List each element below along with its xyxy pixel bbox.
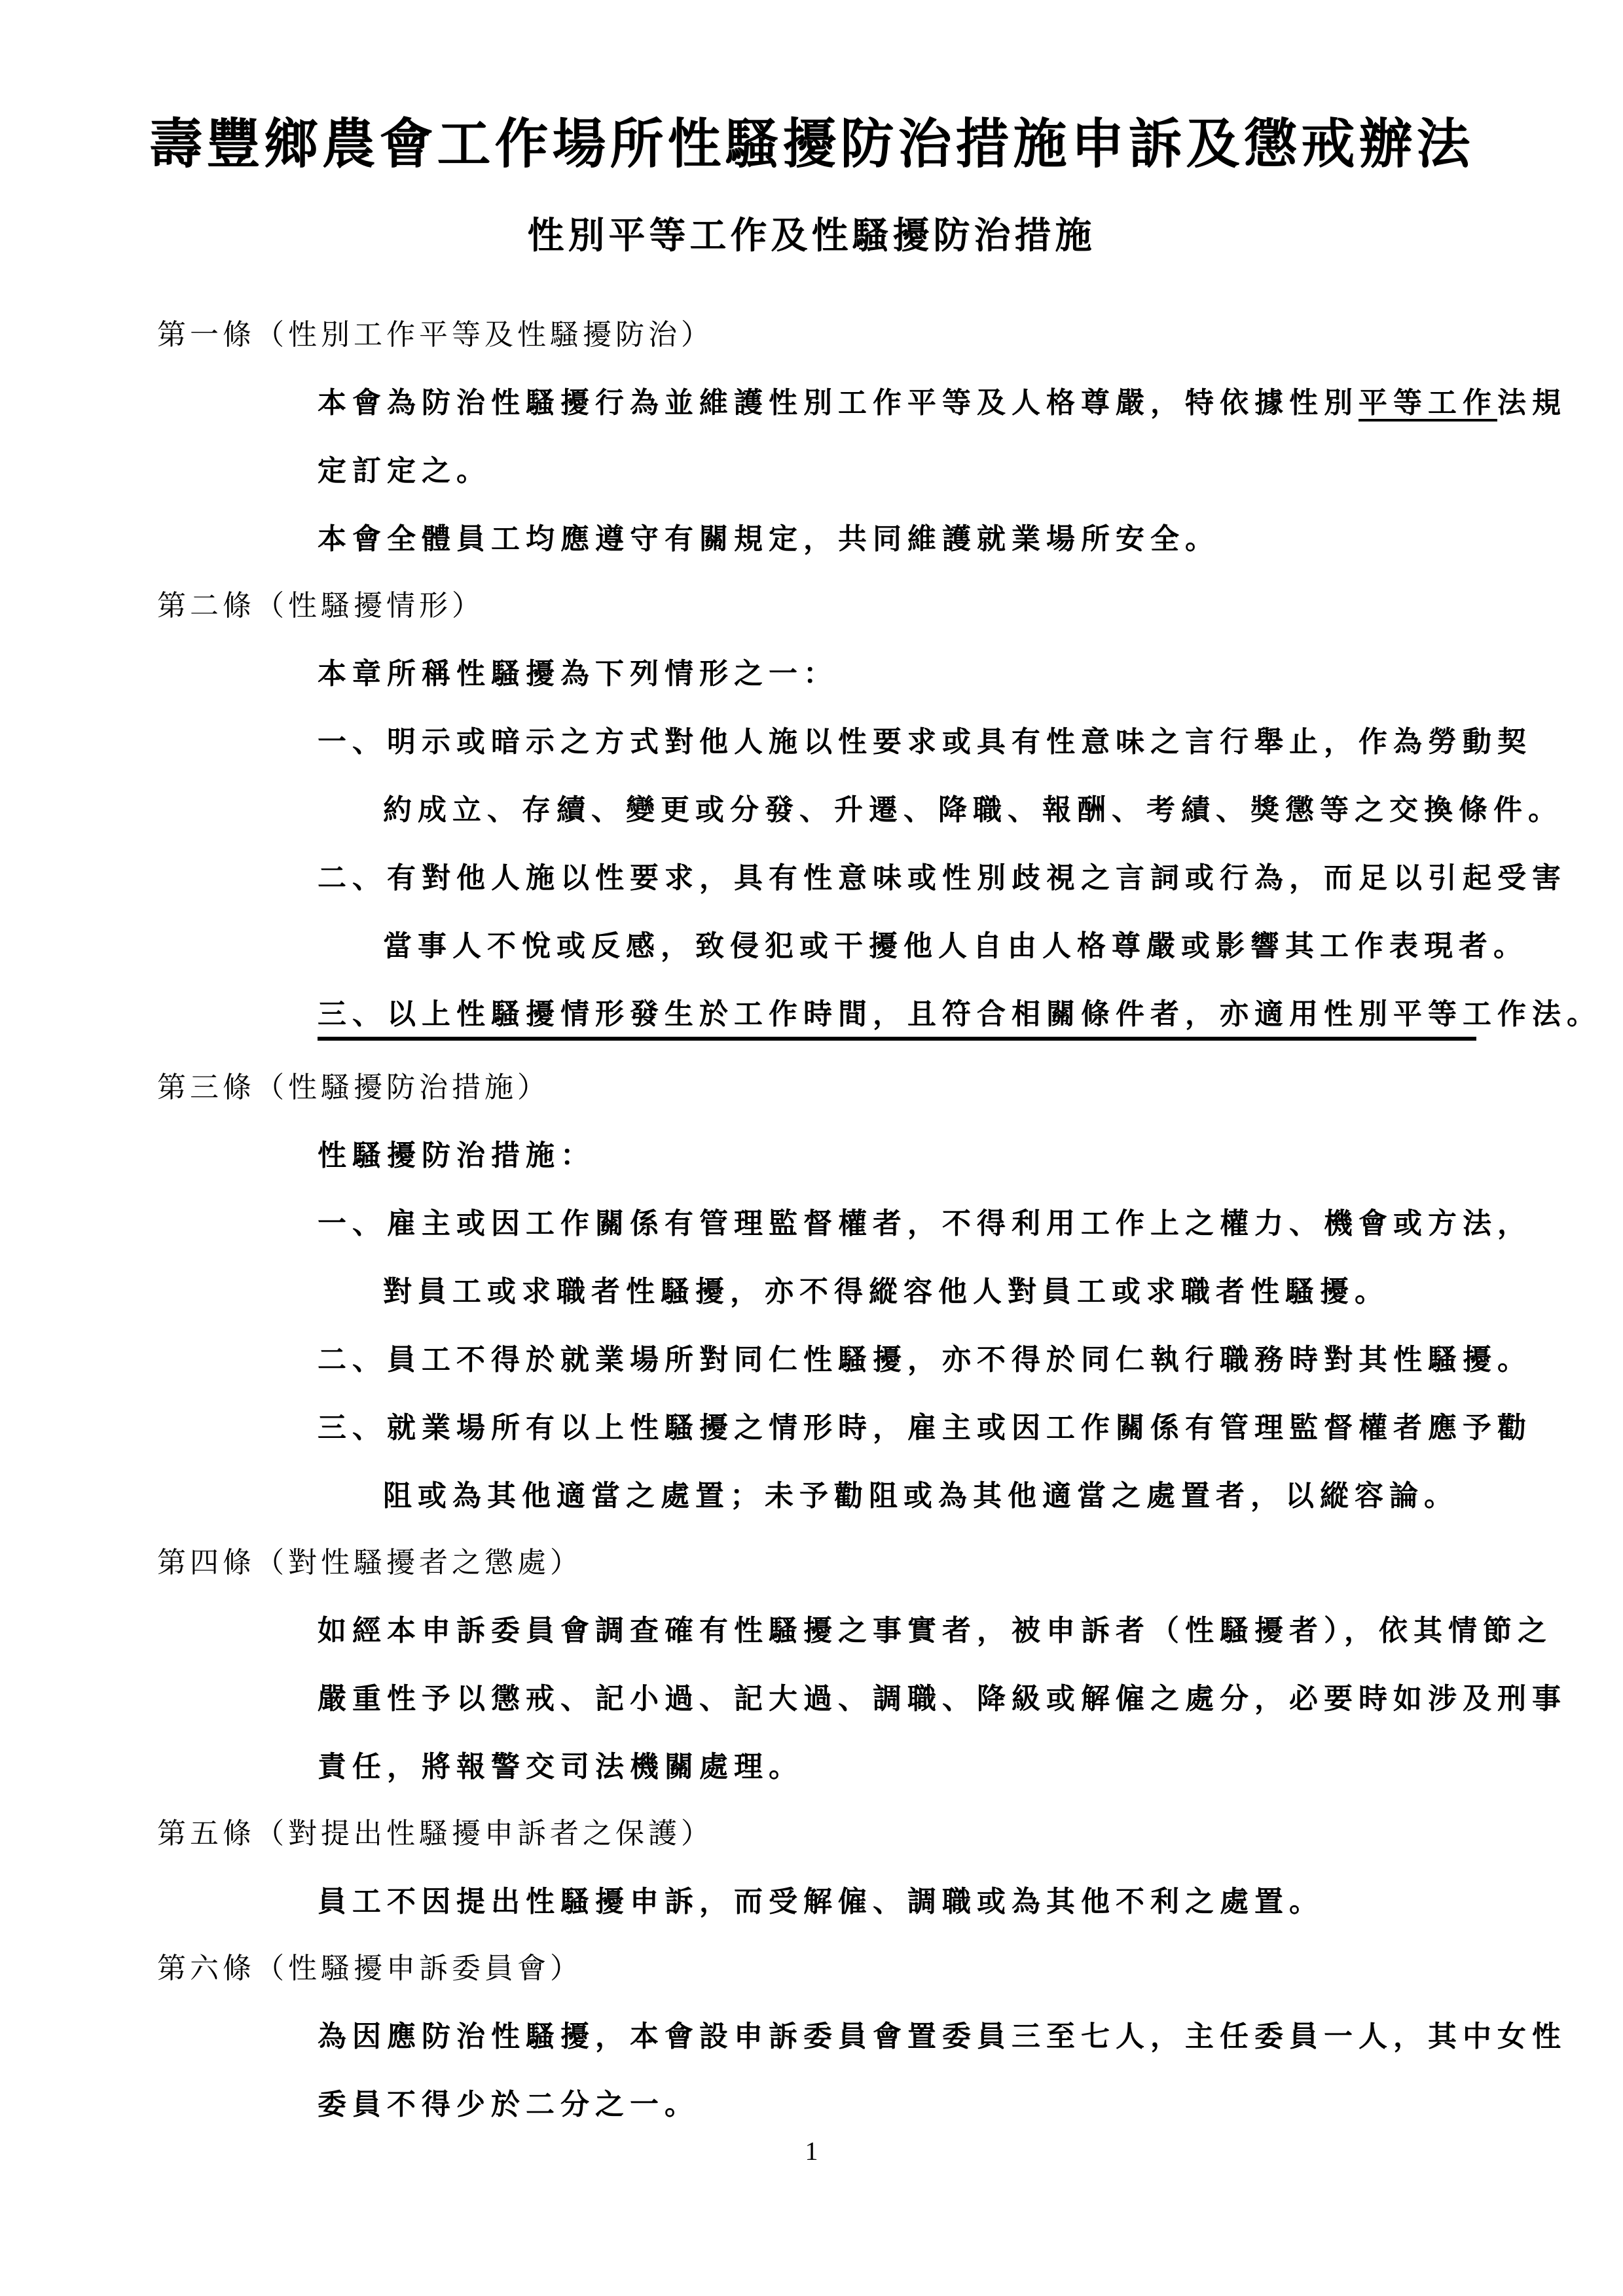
article-2-item-3-underlined: 三、以上性騷擾情形發生於工作時間，且符合相關條件者，亦適用性別平等工作法。 — [318, 995, 1476, 1041]
article-3-intro: 性騷擾防治措施： — [318, 1136, 595, 1175]
article-1-text-pre: 本會為防治性騷擾行為並維護性別工作平等及人格尊嚴，特依據性別 — [318, 386, 1359, 420]
article-4-paragraph-line: 責任，將報警交司法機關處理。 — [318, 1748, 803, 1787]
article-6-paragraph-line: 委員不得少於二分之一。 — [318, 2085, 699, 2125]
article-1-underlined-text: 平等工作 — [1359, 386, 1497, 420]
article-1-paragraph-line: 本會為防治性騷擾行為並維護性別工作平等及人格尊嚴，特依據性別平等工作法規 — [318, 384, 1567, 423]
article-3-item-1-continued: 對員工或求職者性騷擾，亦不得縱容他人對員工或求職者性騷擾。 — [383, 1272, 1389, 1312]
article-1-text-post: 法規 — [1497, 386, 1567, 420]
article-2-heading: 第二條（性騷擾情形） — [157, 586, 484, 626]
article-2-intro: 本章所稱性騷擾為下列情形之一： — [318, 655, 838, 694]
article-3-item-3: 三、就業場所有以上性騷擾之情形時，雇主或因工作關係有管理監督權者應予勸 — [318, 1408, 1532, 1448]
article-2-item-2-continued: 當事人不悅或反感，致侵犯或干擾他人自由人格尊嚴或影響其工作表現者。 — [383, 927, 1528, 966]
article-3-item-2: 二、員工不得於就業場所對同仁性騷擾，亦不得於同仁執行職務時對其性騷擾。 — [318, 1340, 1532, 1380]
article-2-item-2: 二、有對他人施以性要求，具有性意味或性別歧視之言詞或行為，而足以引起受害 — [318, 859, 1567, 898]
article-6-heading: 第六條（性騷擾申訴委員會） — [157, 1949, 583, 1988]
document-page: 壽豐鄉農會工作場所性騷擾防治措施申訴及懲戒辦法 性別平等工作及性騷擾防治措施 第… — [0, 0, 1623, 2296]
article-5-paragraph-line: 員工不因提出性騷擾申訴，而受解僱、調職或為其他不利之處置。 — [318, 1882, 1324, 1922]
article-1-paragraph-line: 定訂定之。 — [318, 452, 491, 491]
article-3-item-3-continued: 阻或為其他適當之處置；未予勸阻或為其他適當之處置者，以縱容論。 — [383, 1477, 1459, 1516]
article-4-heading: 第四條（對性騷擾者之懲處） — [157, 1543, 583, 1583]
article-5-heading: 第五條（對提出性騷擾申訴者之保護） — [157, 1814, 714, 1854]
document-title: 壽豐鄉農會工作場所性騷擾防治措施申訴及懲戒辦法 — [0, 111, 1623, 177]
article-3-heading: 第三條（性騷擾防治措施） — [157, 1068, 550, 1107]
article-3-item-1: 一、雇主或因工作關係有管理監督權者，不得利用工作上之權力、機會或方法， — [318, 1204, 1532, 1244]
article-1-paragraph-line: 本會全體員工均應遵守有關規定，共同維護就業場所安全。 — [318, 520, 1220, 559]
article-4-paragraph-line: 如經本申訴委員會調查確有性騷擾之事實者，被申訴者（性騷擾者），依其情節之 — [318, 1611, 1552, 1651]
article-2-item-1-continued: 約成立、存續、變更或分發、升遷、降職、報酬、考績、獎懲等之交換條件。 — [383, 791, 1563, 830]
article-4-paragraph-line: 嚴重性予以懲戒、記小過、記大過、調職、降級或解僱之處分，必要時如涉及刑事 — [318, 1679, 1567, 1719]
article-2-item-1: 一、明示或暗示之方式對他人施以性要求或具有性意味之言行舉止，作為勞動契 — [318, 723, 1532, 762]
article-1-heading: 第一條（性別工作平等及性騷擾防治） — [157, 315, 714, 355]
article-6-paragraph-line: 為因應防治性騷擾，本會設申訴委員會置委員三至七人，主任委員一人，其中女性 — [318, 2017, 1567, 2056]
document-subtitle: 性別平等工作及性騷擾防治措施 — [0, 209, 1623, 262]
page-number: 1 — [0, 2135, 1623, 2168]
